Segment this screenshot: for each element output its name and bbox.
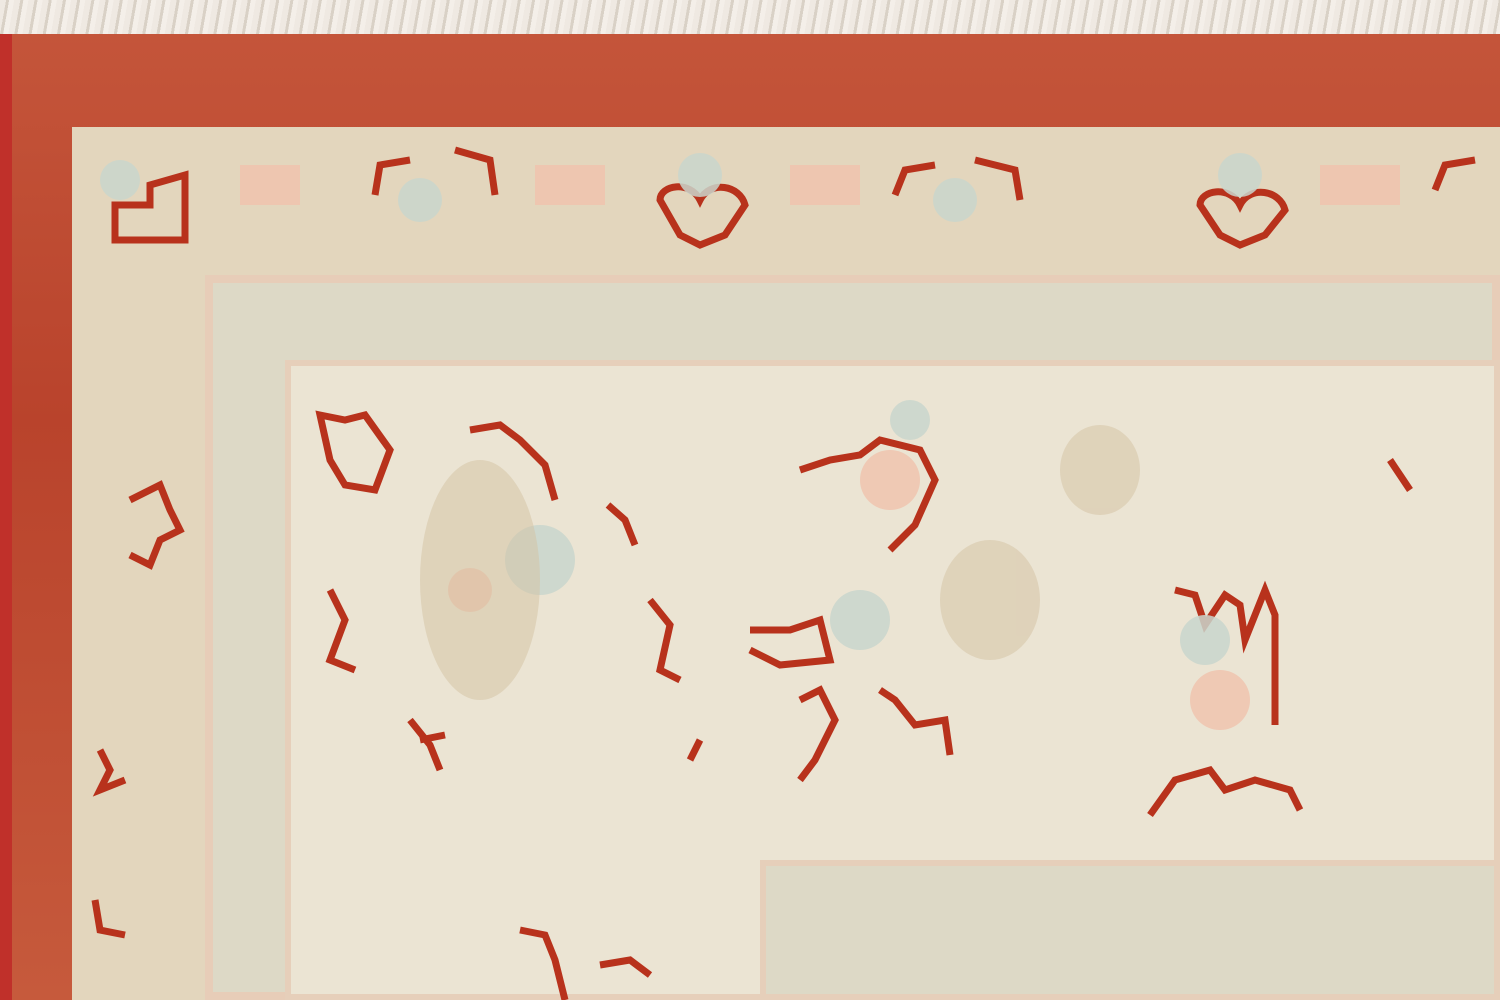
rug-photo: Corner of a hand-knotted rug: [0, 0, 1500, 1000]
rug-motifs: [0, 0, 1500, 1000]
